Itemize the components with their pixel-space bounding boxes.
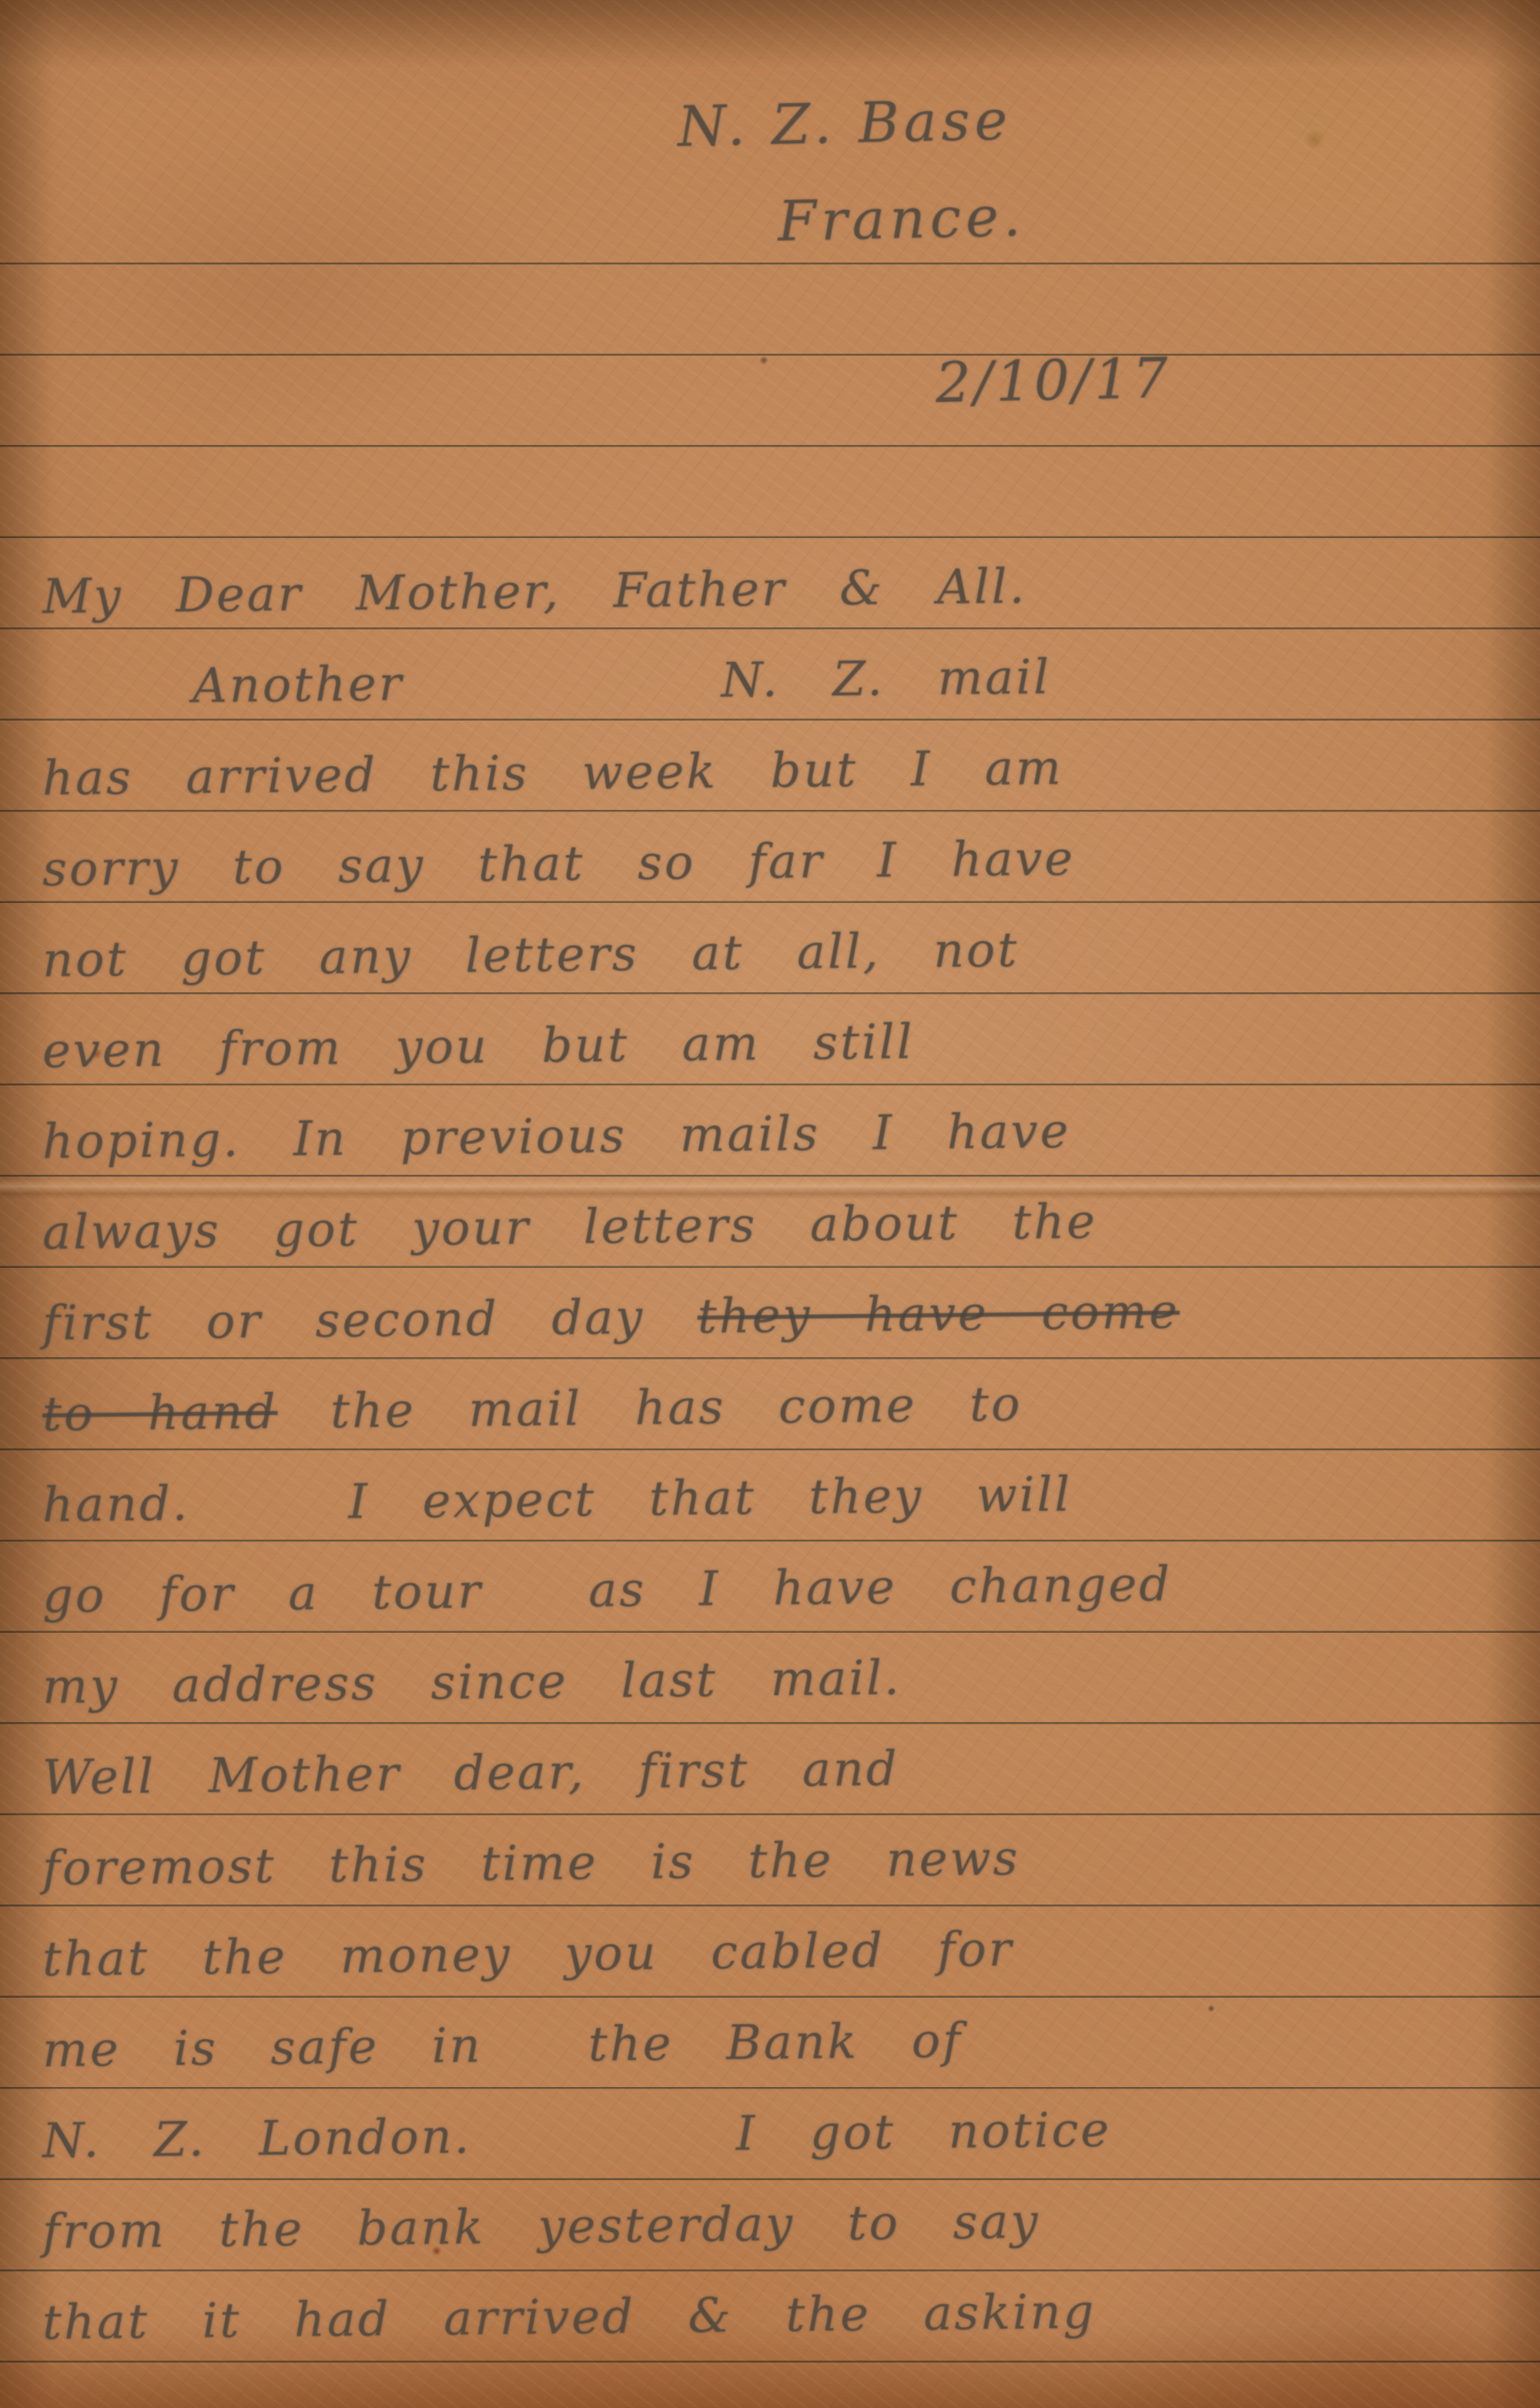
letter-line: to hand the mail has come to <box>42 1353 1525 1460</box>
letter-line: N. Z. London. I got notice <box>42 2080 1525 2186</box>
letter-line: Another N. Z. mail <box>42 627 1525 733</box>
letter-text: that it had arrived & the asking <box>42 2283 1096 2350</box>
letter-text: Another N. Z. mail <box>192 648 1052 714</box>
letter-text: me is safe in the Bank of <box>42 2012 963 2079</box>
letter-line: not got any letters at all, not <box>42 899 1525 1005</box>
letter-line: hoping. In previous mails I have <box>42 1081 1525 1187</box>
header-date: 2/10/17 <box>935 346 1171 415</box>
header-location-base: N. Z. Base <box>677 87 1013 159</box>
letter-text: my address since last mail. <box>42 1649 902 1714</box>
letter-text: first or second day <box>42 1288 698 1351</box>
letter-page: N. Z. Base France. 2/10/17 My Dear Mothe… <box>0 0 1540 2408</box>
letter-line: My Dear Mother, Father & All. <box>42 536 1525 642</box>
struck-text: they have come <box>697 1283 1180 1345</box>
letter-text: the mail has come to <box>277 1376 1023 1440</box>
struck-text: to hand <box>42 1383 278 1442</box>
stain-top-right <box>1303 129 1326 149</box>
letter-text: N. Z. London. I got notice <box>42 2102 1112 2169</box>
letter-text: My Dear Mother, Father & All. <box>42 558 1027 624</box>
letter-text: go for a tour as I have changed <box>42 1556 1173 1624</box>
letter-text: hoping. In previous mails I have <box>42 1102 1071 1169</box>
letter-text: always got your letters about the <box>42 1193 1098 1260</box>
letter-line: foremost this time is the news <box>42 1808 1525 1914</box>
letter-line: me is safe in the Bank of <box>42 1989 1525 2095</box>
letter-text: that the money you cabled for <box>42 1921 1014 1987</box>
letter-text: even from you but am still <box>42 1013 915 1079</box>
letter-line: hand. I expect that they will <box>42 1444 1525 1550</box>
letter-text: foremost this time is the news <box>42 1830 1020 1896</box>
letter-line: first or second day they have come <box>42 1263 1525 1369</box>
letter-line: that the money you cabled for <box>42 1898 1525 2005</box>
letter-text: not got any letters at all, not <box>42 921 1019 988</box>
letter-line: my address since last mail. <box>42 1626 1525 1732</box>
letter-line: always got your letters about the <box>42 1172 1525 1278</box>
paper-speck <box>759 356 768 365</box>
letter-text: has arrived this week but I am <box>42 739 1063 806</box>
letter-line: go for a tour as I have changed <box>42 1535 1525 1641</box>
letter-text: from the bank yesterday to say <box>42 2193 1040 2260</box>
letter-line: sorry to say that so far I have <box>42 808 1525 915</box>
letter-text: hand. I expect that they will <box>42 1466 1073 1533</box>
letter-line: has arrived this week but I am <box>42 717 1525 824</box>
letter-text: sorry to say that so far I have <box>42 830 1076 897</box>
letter-body: My Dear Mother, Father & All.Another N. … <box>42 543 1525 2360</box>
letter-line: Well Mother dear, first and <box>42 1717 1525 1823</box>
letter-line: even from you but am still <box>42 990 1525 1096</box>
header-location-country: France. <box>777 184 1026 254</box>
letter-line: that it had arrived & the asking <box>42 2262 1525 2368</box>
letter-text: Well Mother dear, first and <box>42 1740 899 1805</box>
letter-line: from the bank yesterday to say <box>42 2171 1525 2277</box>
